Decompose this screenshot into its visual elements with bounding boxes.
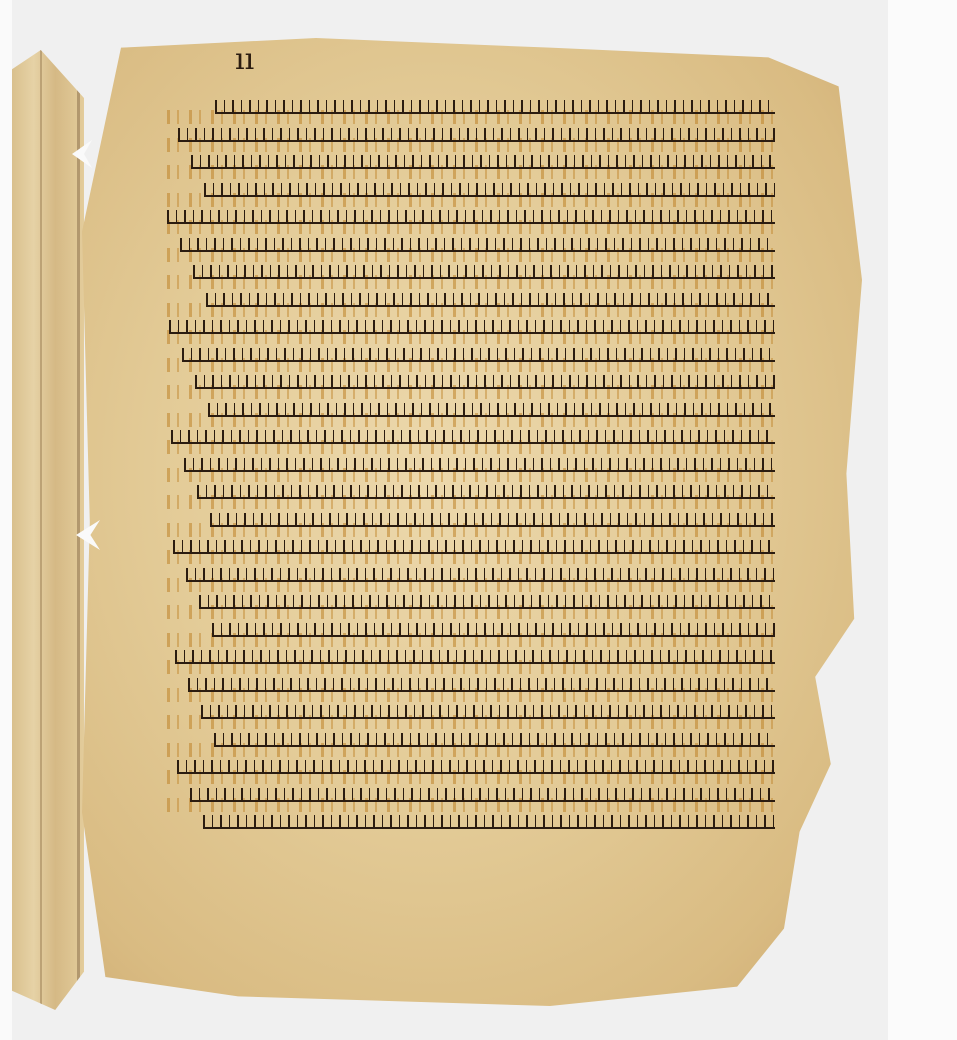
overtext [178, 128, 775, 142]
overtext [212, 623, 775, 637]
manuscript-line [175, 540, 775, 568]
overtext [173, 540, 775, 554]
overtext [191, 155, 775, 169]
overtext [180, 238, 775, 252]
manuscript-line [175, 210, 775, 238]
overtext [169, 320, 775, 334]
manuscript-line [175, 293, 775, 321]
manuscript-line [175, 705, 775, 733]
manuscript-line [175, 623, 775, 651]
overtext [201, 705, 775, 719]
manuscript-line [175, 815, 775, 843]
overtext [215, 100, 775, 114]
manuscript-line [175, 568, 775, 596]
manuscript-line [175, 650, 775, 678]
manuscript-line [175, 678, 775, 706]
manuscript-line [175, 430, 775, 458]
overtext [197, 485, 775, 499]
manuscript-line [175, 403, 775, 431]
background-margin [0, 0, 12, 1040]
manuscript-line [175, 375, 775, 403]
overtext [175, 650, 775, 664]
manuscript-line [175, 595, 775, 623]
manuscript-line [175, 128, 775, 156]
overtext [182, 348, 775, 362]
manuscript-line [175, 183, 775, 211]
manuscript-line [175, 320, 775, 348]
overtext [208, 403, 775, 417]
manuscript-line [175, 788, 775, 816]
manuscript-line [175, 760, 775, 788]
overtext [188, 678, 775, 692]
overtext [184, 458, 775, 472]
overtext [186, 568, 775, 582]
manuscript-line [175, 155, 775, 183]
overtext [193, 265, 775, 279]
manuscript-line [175, 485, 775, 513]
manuscript-line [175, 348, 775, 376]
manuscript-line [175, 513, 775, 541]
overtext [190, 788, 775, 802]
overtext [214, 733, 775, 747]
overtext [206, 293, 775, 307]
adjacent-leaf [12, 50, 84, 1010]
manuscript-line [175, 265, 775, 293]
overtext [167, 210, 775, 224]
manuscript-line [175, 238, 775, 266]
text-block [175, 100, 775, 843]
manuscript-line [175, 733, 775, 761]
folio-mark: ıı [235, 40, 249, 80]
overtext [210, 513, 775, 527]
manuscript-line [175, 458, 775, 486]
background-panel [888, 0, 957, 1040]
overtext [199, 595, 775, 609]
overtext [203, 815, 775, 829]
overtext [204, 183, 775, 197]
overtext [195, 375, 775, 389]
overtext [171, 430, 775, 444]
manuscript-line [175, 100, 775, 128]
overtext [177, 760, 775, 774]
